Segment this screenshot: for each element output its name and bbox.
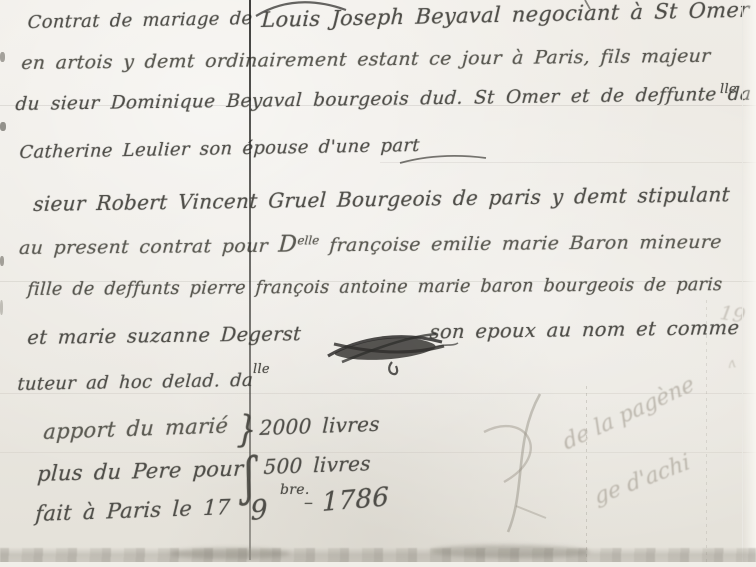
manuscript-line-9: tuteur ad hoc delad. da bbox=[17, 370, 254, 395]
apport-marie-label: apport du marié bbox=[43, 414, 229, 445]
pencil-note-line-2: ge d'achi bbox=[592, 450, 693, 510]
date-place-text: fait à Paris le 17 bbox=[35, 495, 231, 526]
manuscript-line-1-left: Contrat de mariage de bbox=[27, 8, 253, 33]
apport-pere-label: plus du Pere pour bbox=[37, 457, 245, 486]
edge-speck bbox=[0, 122, 6, 131]
pencil-flourish bbox=[462, 388, 582, 540]
brace-glyph: } bbox=[236, 408, 257, 453]
apport-pere-amount: 500 livres bbox=[263, 451, 371, 479]
line-6-text: au present contrat pour bbox=[18, 235, 268, 259]
manuscript-line-2: en artois y demt ordinairement estant ce… bbox=[21, 45, 712, 74]
photocopy-edge-bottom-light bbox=[0, 562, 756, 567]
manuscript-line-5: sieur Robert Vincent Gruel Bourgeois de … bbox=[33, 182, 731, 216]
line-8-text: et marie suzanne bbox=[27, 323, 211, 349]
document-scan-page: Contrat de mariage de Louis Joseph Beyav… bbox=[0, 0, 756, 567]
superscript-abbreviation: elle bbox=[297, 233, 320, 247]
pencil-caret-mark: ʌ bbox=[727, 355, 737, 372]
ink-scribble-strikethrough bbox=[326, 322, 460, 384]
line-8-text: son epoux au nom et comme bbox=[429, 316, 740, 343]
manuscript-line-7: fille de deffunts pierre françois antoin… bbox=[27, 275, 723, 300]
edge-speck bbox=[0, 300, 3, 315]
manuscript-line-6: au present contrat pour Delle françoise … bbox=[18, 228, 722, 260]
apport-marie-amount: 2000 livres bbox=[259, 412, 380, 440]
superscript-abbreviation: lle bbox=[253, 362, 270, 377]
dash-stroke: – bbox=[304, 492, 313, 513]
edge-speck bbox=[0, 52, 5, 62]
year-numeral: 1786 bbox=[322, 482, 389, 518]
manuscript-line-3: du sieur Dominique Beyaval bourgeois dud… bbox=[15, 84, 752, 115]
demoiselle-abbreviation: D bbox=[278, 232, 298, 258]
manuscript-line-4: Catherine Leulier son épouse d'une part bbox=[19, 135, 420, 163]
ruled-divider-line bbox=[249, 0, 251, 560]
fold-crease-vertical bbox=[586, 386, 587, 564]
fold-crease-horizontal bbox=[0, 452, 756, 453]
photocopy-edge-bottom bbox=[0, 548, 756, 563]
cutoff-ink-stroke bbox=[248, 0, 368, 20]
superscript-abbreviation: lle bbox=[720, 82, 737, 97]
month-numeral: 9 bbox=[250, 494, 268, 527]
photocopy-edge-right bbox=[742, 0, 756, 567]
edge-speck bbox=[0, 256, 4, 266]
line-6-text: françoise emilie marie Baron mineure bbox=[329, 231, 723, 256]
flourish-stroke bbox=[398, 150, 490, 168]
line-8-name: Degerst bbox=[220, 322, 302, 346]
cutoff-ink-tick bbox=[582, 0, 594, 10]
